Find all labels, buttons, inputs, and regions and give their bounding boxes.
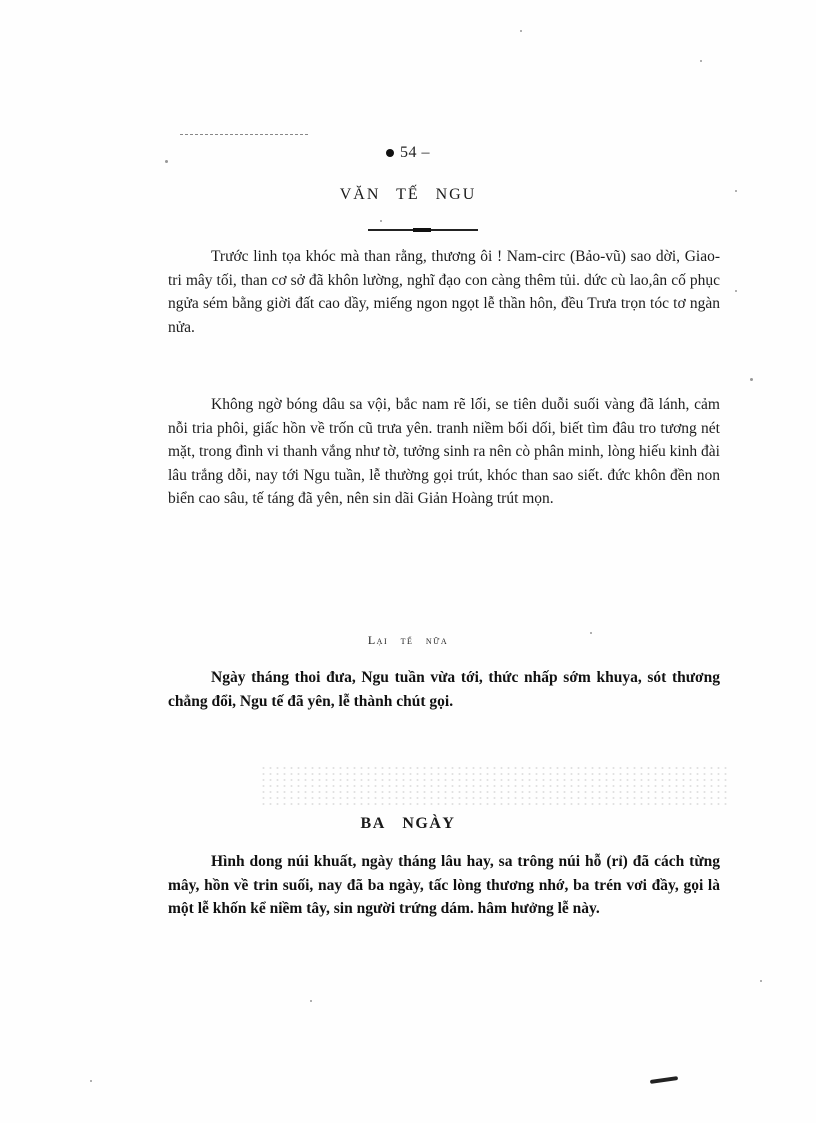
page-number: 54 – (0, 144, 816, 162)
top-left-dash-rule (180, 134, 308, 135)
paragraph-4: Hình dong núi khuất, ngày tháng lâu hay,… (168, 850, 720, 921)
paragraph-2: Không ngờ bóng dâu sa vội, bắc nam rẽ lố… (168, 393, 720, 511)
scan-speckle (310, 1000, 312, 1002)
bottom-ink-mark (650, 1076, 678, 1084)
paragraph-3: Ngày tháng thoi đưa, Ngu tuần vừa tới, t… (168, 666, 720, 713)
section-title-lai-te-nua: Lại tế nữa (0, 633, 816, 648)
scan-speckle (735, 190, 737, 192)
page-number-text: 54 – (400, 144, 430, 161)
paragraph-1: Trước linh tọa khóc mà than rằng, thương… (168, 245, 720, 339)
scan-speckle (700, 60, 702, 62)
scan-speckle (750, 378, 753, 381)
ornament-bullet-icon (386, 149, 394, 157)
scan-speckle (590, 632, 592, 634)
scan-speckle (165, 160, 168, 163)
title-divider-rule (368, 229, 478, 231)
scan-speckle (90, 1080, 92, 1082)
scan-speckle (183, 700, 185, 702)
section-title-ba-ngay: BA NGÀY (0, 815, 816, 833)
scanned-book-page: 54 – VĂN TẾ NGU Trước linh tọa khóc mà t… (0, 0, 816, 1123)
scan-speckle (520, 30, 522, 32)
scan-speckle (380, 220, 382, 222)
scan-speckle (735, 290, 737, 292)
scan-noise-band (260, 765, 730, 805)
section-title-van-te-ngu: VĂN TẾ NGU (0, 186, 816, 204)
scan-speckle (760, 980, 762, 982)
